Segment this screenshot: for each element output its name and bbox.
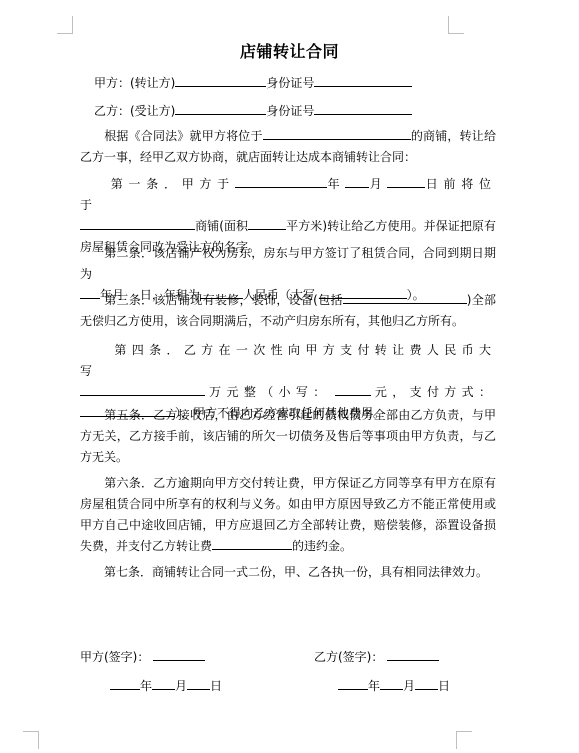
article-5: 第五条．乙方接收后，由乙方经营引起的债权债务全部由乙方负责，与甲方无关，乙方接手…	[80, 405, 496, 468]
party-b-month-blank[interactable]	[380, 677, 403, 690]
intro-paragraph: 根据《合同法》就甲方将位于的商铺，转让给乙方一事，经甲乙双方协商，就店面转让达成…	[80, 126, 496, 168]
article3-equipment-blank[interactable]	[343, 291, 467, 304]
party-b-line: 乙方：(受让方)身份证号	[94, 102, 412, 119]
article-6: 第六条．乙方逾期向甲方交付转让费，甲方保证乙方同等享有甲方在原有房屋租赁合同中所…	[80, 473, 496, 557]
article1-month-blank[interactable]	[345, 175, 369, 188]
party-b-date: 年月日	[338, 677, 450, 694]
page-corner-mark-top-left	[57, 16, 73, 34]
party-a-signature-blank[interactable]	[153, 648, 205, 661]
article4-amount-blank[interactable]	[335, 383, 371, 396]
article1-location-blank[interactable]	[80, 217, 195, 230]
party-a-year-blank[interactable]	[110, 677, 140, 690]
party-b-id-label: 身份证号	[266, 104, 314, 118]
article-7: 第七条．商铺转让合同一式二份，甲、乙各执一份，具有相同法律效力。	[80, 562, 496, 583]
party-b-day-blank[interactable]	[415, 677, 438, 690]
article4-amount-uppercase-blank[interactable]	[80, 383, 205, 396]
party-b-id-blank[interactable]	[314, 102, 412, 115]
party-b-signature-blank[interactable]	[387, 648, 439, 661]
party-a-day-blank[interactable]	[187, 677, 210, 690]
page-corner-mark-top-right	[448, 16, 464, 34]
party-a-id-blank[interactable]	[314, 74, 412, 87]
party-b-signature: 乙方(签字)：	[314, 648, 439, 665]
party-b-name-blank[interactable]	[175, 102, 266, 115]
party-b-label: 乙方：(受让方)	[94, 104, 175, 118]
shop-location-blank[interactable]	[263, 127, 411, 140]
party-a-month-blank[interactable]	[152, 677, 175, 690]
party-a-name-blank[interactable]	[175, 74, 266, 87]
party-a-date: 年月日	[110, 677, 222, 694]
article1-year-blank[interactable]	[235, 175, 327, 188]
article1-area-blank[interactable]	[248, 217, 286, 230]
article-3: 第三条．该店铺现有装修，装饰，设备(包括)全部无偿归乙方使用，该合同期满后，不动…	[80, 290, 496, 332]
party-b-year-blank[interactable]	[338, 677, 368, 690]
party-a-line: 甲方：(转让方)身份证号	[94, 74, 412, 91]
article1-day-blank[interactable]	[387, 175, 425, 188]
page-corner-mark-bottom-right	[456, 731, 472, 749]
page-corner-mark-bottom-left	[23, 731, 39, 749]
party-a-id-label: 身份证号	[266, 76, 314, 90]
party-a-signature: 甲方(签字)：	[80, 648, 205, 665]
document-title: 店铺转让合同	[0, 39, 579, 62]
article6-penalty-blank[interactable]	[212, 537, 292, 550]
party-a-label: 甲方：(转让方)	[94, 76, 175, 90]
